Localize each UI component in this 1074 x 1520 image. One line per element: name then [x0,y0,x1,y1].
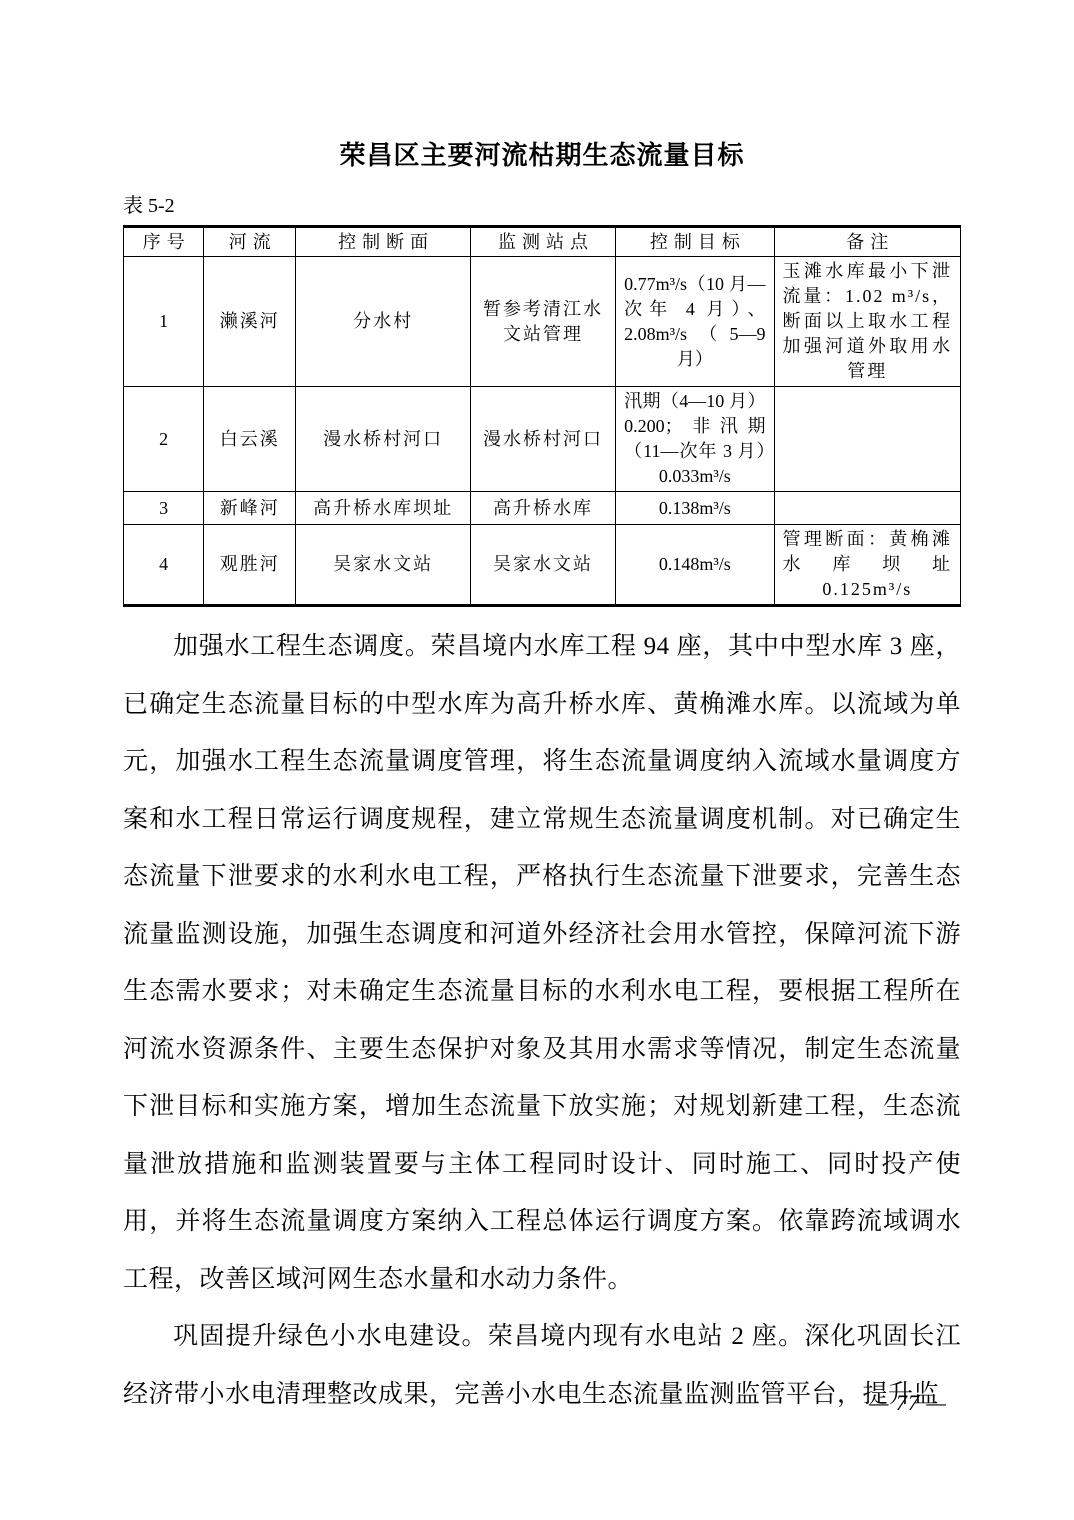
cell-station: 吴家水文站 [470,525,615,606]
document-page: 荣昌区主要河流枯期生态流量目标 表 5-2 序号 河流 控制断面 监测站点 控制… [0,0,1074,1520]
table-row: 3 新峰河 高升桥水库坝址 高升桥水库 0.138m³/s [124,492,961,525]
header-target: 控制目标 [616,227,774,257]
table-header-row: 序号 河流 控制断面 监测站点 控制目标 备注 [124,227,961,257]
cell-river: 白云溪 [204,387,296,492]
cell-no: 1 [124,257,204,387]
header-note: 备注 [774,227,960,257]
cell-river: 濑溪河 [204,257,296,387]
cell-target: 0.77m³/s（10 月—次年 4 月）、2.08m³/s（5—9 月） [616,257,774,387]
cell-note: 管理断面：黄桷滩水库坝址 0.125m³/s [774,525,960,606]
page-number: — 77 — [869,1388,947,1418]
header-river: 河流 [204,227,296,257]
table-row: 2 白云溪 漫水桥村河口 漫水桥村河口 汛期（4—10 月）0.200；非汛期（… [124,387,961,492]
header-no: 序号 [124,227,204,257]
flow-targets-table: 序号 河流 控制断面 监测站点 控制目标 备注 1 濑溪河 分水村 暂参考清江水… [123,225,961,607]
table-row: 1 濑溪河 分水村 暂参考清江水文站管理 0.77m³/s（10 月—次年 4 … [124,257,961,387]
cell-section: 吴家水文站 [296,525,470,606]
cell-note [774,387,960,492]
cell-no: 4 [124,525,204,606]
cell-station: 漫水桥村河口 [470,387,615,492]
cell-river: 观胜河 [204,525,296,606]
cell-section: 漫水桥村河口 [296,387,470,492]
table-label: 表 5-2 [123,194,961,218]
cell-section: 分水村 [296,257,470,387]
table-row: 4 观胜河 吴家水文站 吴家水文站 0.148m³/s 管理断面：黄桷滩水库坝址… [124,525,961,606]
cell-no: 3 [124,492,204,525]
page-title: 荣昌区主要河流枯期生态流量目标 [123,140,961,172]
paragraph-small-hydro: 巩固提升绿色小水电建设。荣昌境内现有水电站 2 座。深化巩固长江经济带小水电清理… [123,1308,961,1423]
cell-target: 0.148m³/s [616,525,774,606]
cell-target: 汛期（4—10 月）0.200；非汛期（11—次年 3 月）0.033m³/s [616,387,774,492]
header-station: 监测站点 [470,227,615,257]
cell-station: 暂参考清江水文站管理 [470,257,615,387]
cell-no: 2 [124,387,204,492]
paragraph-eco-dispatch: 加强水工程生态调度。荣昌境内水库工程 94 座，其中中型水库 3 座，已确定生态… [123,618,961,1308]
cell-station: 高升桥水库 [470,492,615,525]
page-content: 荣昌区主要河流枯期生态流量目标 表 5-2 序号 河流 控制断面 监测站点 控制… [123,0,961,1423]
cell-river: 新峰河 [204,492,296,525]
cell-note: 玉滩水库最小下泄流量：1.02 m³/s，断面以上取水工程加强河道外取用水管理 [774,257,960,387]
header-section: 控制断面 [296,227,470,257]
cell-section: 高升桥水库坝址 [296,492,470,525]
cell-target: 0.138m³/s [616,492,774,525]
cell-note [774,492,960,525]
body-text: 加强水工程生态调度。荣昌境内水库工程 94 座，其中中型水库 3 座，已确定生态… [123,618,961,1423]
